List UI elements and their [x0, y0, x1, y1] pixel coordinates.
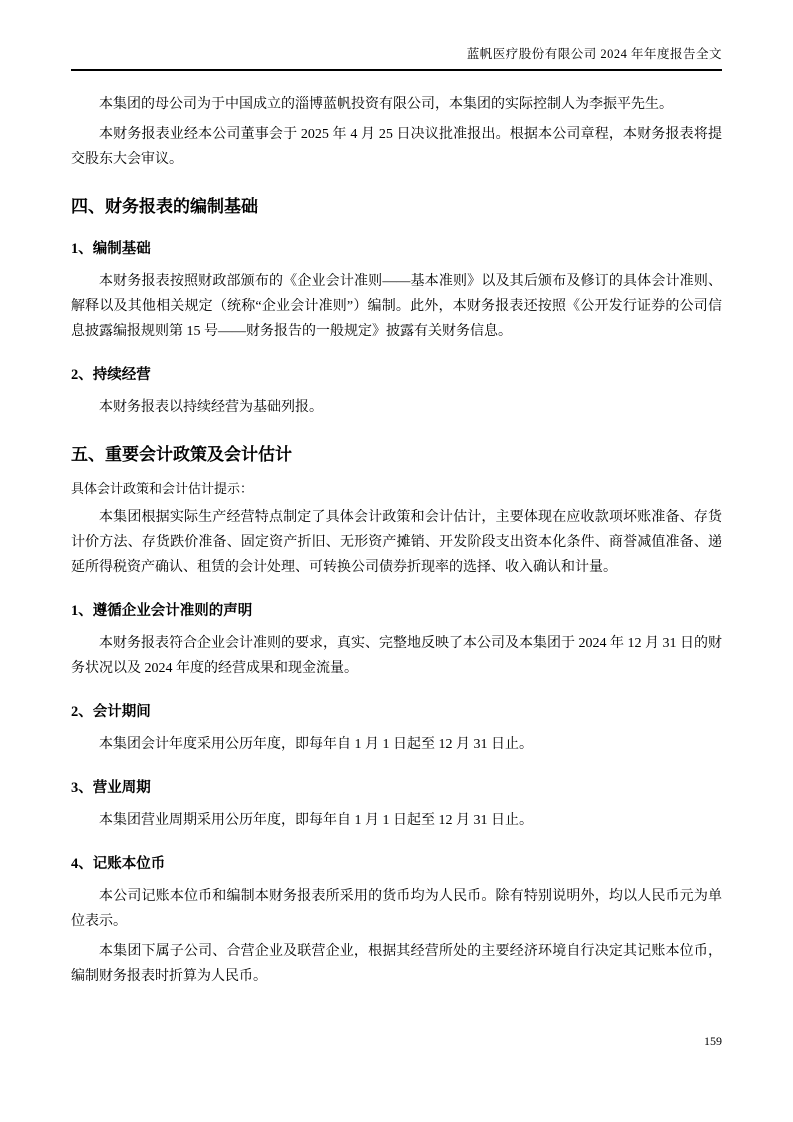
paragraph-accounting-period: 本集团会计年度采用公历年度，即每年自 1 月 1 日起至 12 月 31 日止。: [71, 732, 722, 757]
subheading-functional-currency: 4、记账本位币: [71, 854, 722, 874]
page-number: 159: [704, 1034, 722, 1048]
subheading-preparation-basis: 1、编制基础: [71, 239, 722, 259]
subheading-operating-cycle: 3、营业周期: [71, 778, 722, 798]
paragraph-functional-currency: 本公司记账本位币和编制本财务报表所采用的货币均为人民币。除有特别说明外，均以人民…: [71, 884, 722, 934]
running-header: 蓝帆医疗股份有限公司 2024 年年度报告全文: [71, 46, 722, 71]
paragraph-going-concern: 本财务报表以持续经营为基础列报。: [71, 395, 722, 420]
document-body: 本集团的母公司为于中国成立的淄博蓝帆投资有限公司，本集团的实际控制人为李振平先生…: [71, 71, 722, 989]
section-heading-basis-of-preparation: 四、财务报表的编制基础: [71, 196, 722, 218]
paragraph-compliance-statement: 本财务报表符合企业会计准则的要求，真实、完整地反映了本公司及本集团于 2024 …: [71, 631, 722, 681]
paragraph-board-approval: 本财务报表业经本公司董事会于 2025 年 4 月 25 日决议批准报出。根据本…: [71, 122, 722, 172]
paragraph-preparation-basis: 本财务报表按照财政部颁布的《企业会计准则——基本准则》以及其后颁布及修订的具体会…: [71, 269, 722, 344]
subheading-accounting-period: 2、会计期间: [71, 702, 722, 722]
paragraph-subsidiaries-currency: 本集团下属子公司、合营企业及联营企业，根据其经营所处的主要经济环境自行决定其记账…: [71, 939, 722, 989]
paragraph-policy-summary: 本集团根据实际生产经营特点制定了具体会计政策和会计估计，主要体现在应收款项坏账准…: [71, 505, 722, 580]
subheading-compliance-statement: 1、遵循企业会计准则的声明: [71, 601, 722, 621]
note-policy-hint: 具体会计政策和会计估计提示：: [71, 478, 722, 500]
report-page: 蓝帆医疗股份有限公司 2024 年年度报告全文 本集团的母公司为于中国成立的淄博…: [0, 0, 793, 1122]
section-heading-accounting-policies: 五、重要会计政策及会计估计: [71, 444, 722, 466]
paragraph-parent-company: 本集团的母公司为于中国成立的淄博蓝帆投资有限公司，本集团的实际控制人为李振平先生…: [71, 92, 722, 117]
subheading-going-concern: 2、持续经营: [71, 365, 722, 385]
paragraph-operating-cycle: 本集团营业周期采用公历年度，即每年自 1 月 1 日起至 12 月 31 日止。: [71, 808, 722, 833]
